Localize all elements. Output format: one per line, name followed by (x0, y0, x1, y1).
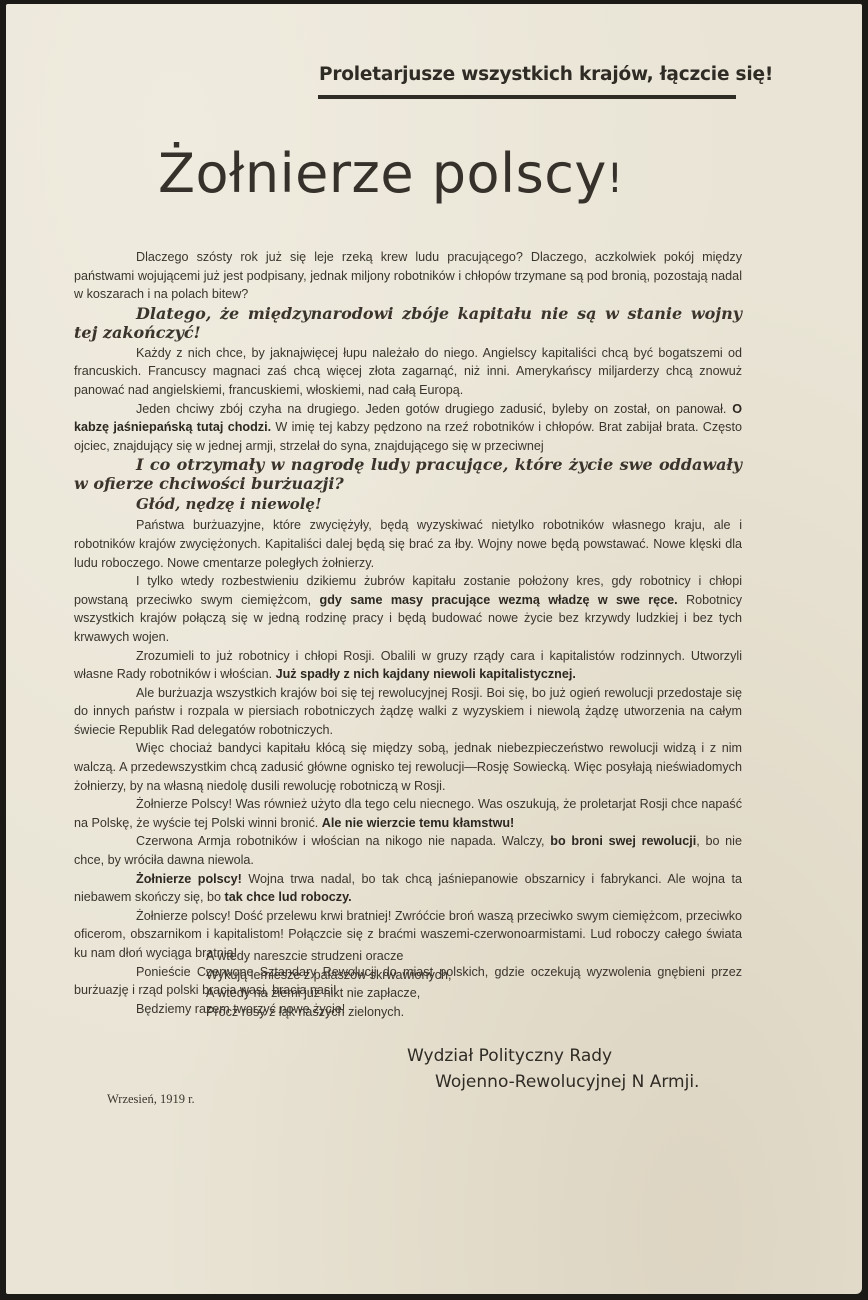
title-exclamation: ! (607, 156, 624, 202)
poem-line-2: Wykują lemiesze z pałaszów skrwawionych, (206, 966, 452, 985)
paragraph-9: Żołnierze Polscy! Was również użyto dla … (74, 795, 742, 832)
poem-stanza: A wtedy nareszcie strudzeni oracze Wykuj… (206, 947, 452, 1021)
poem-line-1: A wtedy nareszcie strudzeni oracze (206, 947, 452, 966)
paragraph-5: I tylko wtedy rozbestwieniu dzikiemu żub… (74, 572, 742, 646)
poem-line-4: Prócz rosy z łąk naszych zielonych. (206, 1003, 452, 1022)
motto-header: Proletarjusze wszystkich krajów, łączcie… (319, 64, 773, 85)
leaflet-sheet: Proletarjusze wszystkich krajów, łączcie… (6, 4, 862, 1294)
paragraph-11-emphasis-a: Żołnierze polscy! (136, 872, 242, 886)
paragraph-8: Więc chociaż bandyci kapitału kłócą się … (74, 739, 742, 795)
signature-line-2: Wojenno-Rewolucyjnej N Armji. (435, 1072, 699, 1092)
paragraph-2: Każdy z nich chce, by jaknajwięcej łupu … (74, 344, 742, 400)
page-title: Żołnierze polscy! (158, 142, 623, 205)
paragraph-10: Czerwona Armja robotników i włościan na … (74, 832, 742, 869)
signature-line-1: Wydział Polityczny Rady (407, 1046, 612, 1066)
leaflet-body: Dlaczego szósty rok już się leje rzeką k… (74, 248, 742, 1018)
paragraph-10-emphasis: bo broni swej rewolucji (550, 834, 696, 848)
paragraph-7: Ale burżuazja wszystkich krajów boi się … (74, 684, 742, 740)
paragraph-6-emphasis: Już spadły z nich kajdany niewoli kapita… (276, 667, 576, 681)
paragraph-11-emphasis-c: tak chce lud roboczy. (225, 890, 352, 904)
paragraph-9-emphasis: Ale nie wierzcie temu kłamstwu! (322, 816, 514, 830)
paragraph-5-emphasis: gdy same masy pracujące wezmą władzę w s… (320, 593, 678, 607)
paragraph-6: Zrozumieli to już robotnicy i chłopi Ros… (74, 647, 742, 684)
title-text: Żołnierze polscy (158, 142, 607, 205)
motto-underline-divider (318, 95, 736, 99)
paragraph-10-text-a: Czerwona Armja robotników i włościan na … (136, 834, 550, 848)
paragraph-4: Państwa burżuazyjne, które zwyciężyły, b… (74, 516, 742, 572)
poem-line-3: A wtedy na ziemi już nikt nie zapłacze, (206, 984, 452, 1003)
lead-heading-2: I co otrzymały w nagrodę ludy pracujące,… (74, 455, 742, 493)
paragraph-3-text-a: Jeden chciwy zbój czyha na drugiego. Jed… (136, 402, 732, 416)
issue-date: Wrzesień, 1919 r. (107, 1092, 195, 1107)
paragraph-1: Dlaczego szósty rok już się leje rzeką k… (74, 248, 742, 304)
lead-heading-3: Głód, nędzę i niewolę! (74, 495, 742, 514)
paragraph-11: Żołnierze polscy! Wojna trwa nadal, bo t… (74, 870, 742, 907)
lead-heading-1: Dlatego, że międzynarodowi zbóje kapitał… (74, 304, 742, 342)
paragraph-3: Jeden chciwy zbój czyha na drugiego. Jed… (74, 400, 742, 456)
